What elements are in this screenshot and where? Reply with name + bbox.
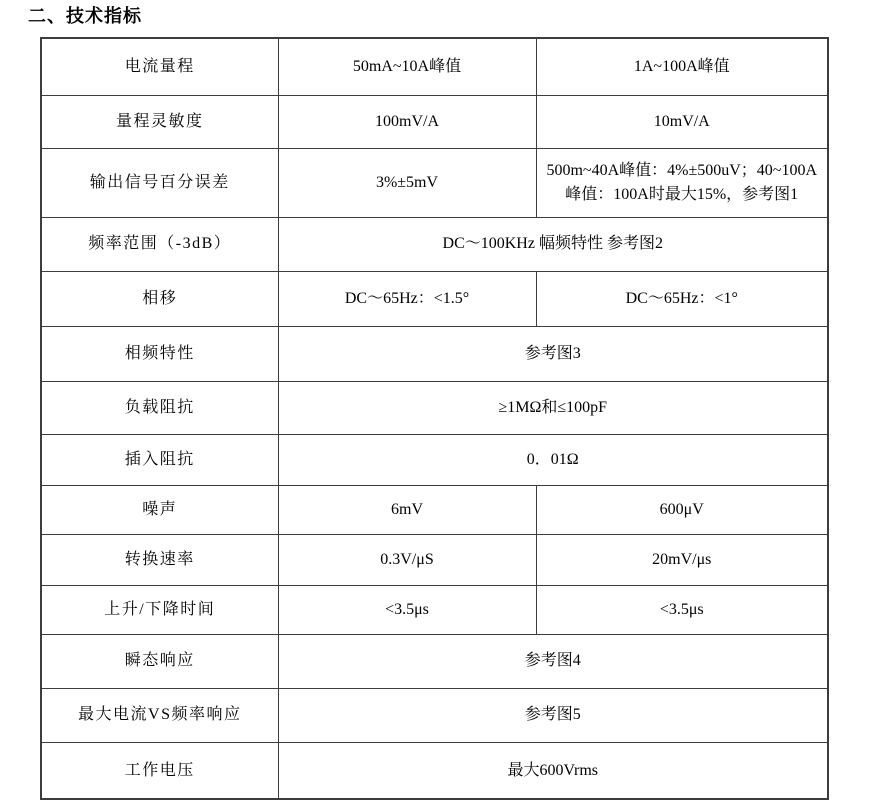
spec-value-cell: 参考图3 [278,326,828,381]
spec-label-cell: 最大电流VS频率响应 [41,688,278,742]
table-row-phase-shift: 相移 DC～65Hz：<1.5° DC～65Hz：<1° [41,271,828,326]
spec-label-cell: 转换速率 [41,534,278,585]
spec-value-cell: 参考图5 [278,688,828,742]
spec-label-cell: 频率范围（-3dB） [41,217,278,271]
spec-value-cell: 100mV/A [278,95,536,148]
table-row-working-voltage: 工作电压 最大600Vrms [41,742,828,799]
spec-label-cell: 相频特性 [41,326,278,381]
spec-value-cell: 1A~100A峰值 [536,38,828,95]
spec-label-cell: 输出信号百分误差 [41,148,278,217]
spec-label-cell: 上升/下降时间 [41,585,278,634]
table-row-slew-rate: 转换速率 0.3V/μS 20mV/μs [41,534,828,585]
table-row-rise-fall-time: 上升/下降时间 <3.5μs <3.5μs [41,585,828,634]
spec-value-cell: 500m~40A峰值：4%±500uV；40~100A峰值：100A时最大15%… [536,148,828,217]
spec-value-cell: 50mA~10A峰值 [278,38,536,95]
spec-value-cell: 6mV [278,485,536,534]
table-row-current-range: 电流量程 50mA~10A峰值 1A~100A峰值 [41,38,828,95]
spec-value-cell: 0．01Ω [278,434,828,485]
spec-value-cell: ≥1MΩ和≤100pF [278,381,828,434]
table-row-load-impedance: 负载阻抗 ≥1MΩ和≤100pF [41,381,828,434]
table-row-sensitivity: 量程灵敏度 100mV/A 10mV/A [41,95,828,148]
spec-value-cell: <3.5μs [278,585,536,634]
table-row-max-current-vs-frequency: 最大电流VS频率响应 参考图5 [41,688,828,742]
spec-value-cell: DC～100KHz 幅频特性 参考图2 [278,217,828,271]
spec-value-cell: DC～65Hz：<1° [536,271,828,326]
spec-value-cell: 0.3V/μS [278,534,536,585]
table-row-output-error: 输出信号百分误差 3%±5mV 500m~40A峰值：4%±500uV；40~1… [41,148,828,217]
spec-value-cell: 参考图4 [278,634,828,688]
spec-value-cell: 3%±5mV [278,148,536,217]
table-row-transient-response: 瞬态响应 参考图4 [41,634,828,688]
table-row-frequency-range: 频率范围（-3dB） DC～100KHz 幅频特性 参考图2 [41,217,828,271]
table-row-insertion-impedance: 插入阻抗 0．01Ω [41,434,828,485]
spec-label-cell: 瞬态响应 [41,634,278,688]
spec-value-cell: DC～65Hz：<1.5° [278,271,536,326]
document-page: 二、技术指标 电流量程 50mA~10A峰值 1A~100A峰值 量程灵敏度 1… [0,0,869,811]
page-title: 二、技术指标 [28,2,142,28]
spec-value-cell: 600μV [536,485,828,534]
table-row-noise: 噪声 6mV 600μV [41,485,828,534]
spec-value-cell: <3.5μs [536,585,828,634]
spec-value-cell: 20mV/μs [536,534,828,585]
spec-label-cell: 工作电压 [41,742,278,799]
spec-value-cell: 最大600Vrms [278,742,828,799]
spec-label-cell: 相移 [41,271,278,326]
spec-label-cell: 量程灵敏度 [41,95,278,148]
spec-label-cell: 电流量程 [41,38,278,95]
table-row-phase-frequency: 相频特性 参考图3 [41,326,828,381]
spec-value-cell: 10mV/A [536,95,828,148]
spec-label-cell: 插入阻抗 [41,434,278,485]
spec-label-cell: 噪声 [41,485,278,534]
spec-table: 电流量程 50mA~10A峰值 1A~100A峰值 量程灵敏度 100mV/A … [40,37,829,800]
spec-label-cell: 负载阻抗 [41,381,278,434]
